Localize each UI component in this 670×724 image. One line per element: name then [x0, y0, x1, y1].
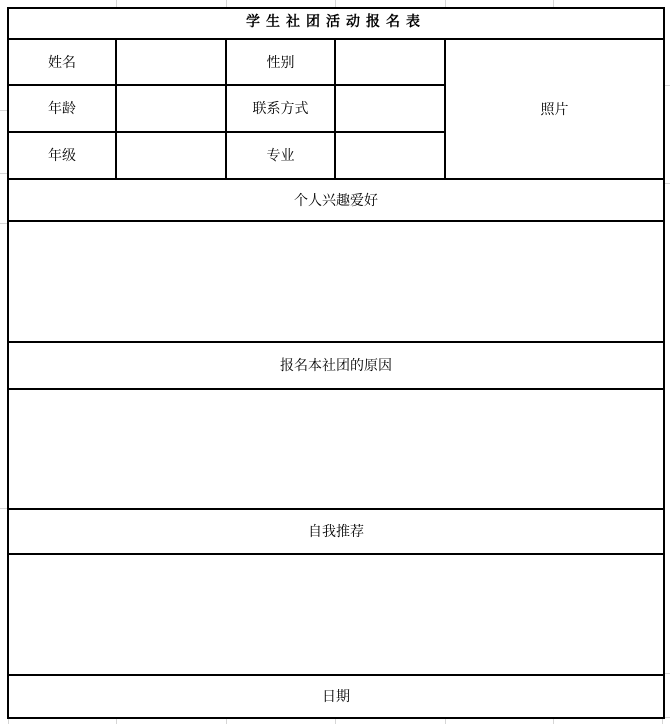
major-input-cell[interactable] [335, 132, 445, 179]
contact-input-cell[interactable] [335, 85, 445, 132]
name-label: 姓名 [8, 39, 116, 85]
hobbies-section-header: 个人兴趣爱好 [8, 179, 664, 221]
title-row: 学生社团活动报名表 [8, 8, 664, 39]
age-input-cell[interactable] [116, 85, 226, 132]
spreadsheet-canvas: 学生社团活动报名表 姓名 性别 照片 年龄 联系方式 年级 专业 个人兴趣爱好 [0, 0, 670, 724]
contact-label: 联系方式 [226, 85, 335, 132]
date-cell[interactable]: 日期 [8, 675, 664, 718]
date-label: 日期 [322, 688, 350, 704]
name-input-cell[interactable] [116, 39, 226, 85]
reason-section-header: 报名本社团的原因 [8, 342, 664, 389]
section-header-row: 报名本社团的原因 [8, 342, 664, 389]
section-content-row [8, 221, 664, 342]
age-label: 年龄 [8, 85, 116, 132]
section-content-row [8, 389, 664, 509]
section-header-row: 个人兴趣爱好 [8, 179, 664, 221]
self-recommendation-content-cell[interactable] [8, 554, 664, 675]
registration-form-table: 学生社团活动报名表 姓名 性别 照片 年龄 联系方式 年级 专业 个人兴趣爱好 [7, 7, 665, 719]
major-label: 专业 [226, 132, 335, 179]
grade-label: 年级 [8, 132, 116, 179]
hobbies-content-cell[interactable] [8, 221, 664, 342]
section-header-row: 自我推荐 [8, 509, 664, 554]
date-row: 日期 [8, 675, 664, 718]
gender-label: 性别 [226, 39, 335, 85]
row-name-gender: 姓名 性别 照片 [8, 39, 664, 85]
gender-input-cell[interactable] [335, 39, 445, 85]
self-recommendation-section-header: 自我推荐 [8, 509, 664, 554]
photo-cell[interactable]: 照片 [445, 39, 664, 179]
reason-content-cell[interactable] [8, 389, 664, 509]
grade-input-cell[interactable] [116, 132, 226, 179]
form-title: 学生社团活动报名表 [8, 8, 664, 39]
section-content-row [8, 554, 664, 675]
